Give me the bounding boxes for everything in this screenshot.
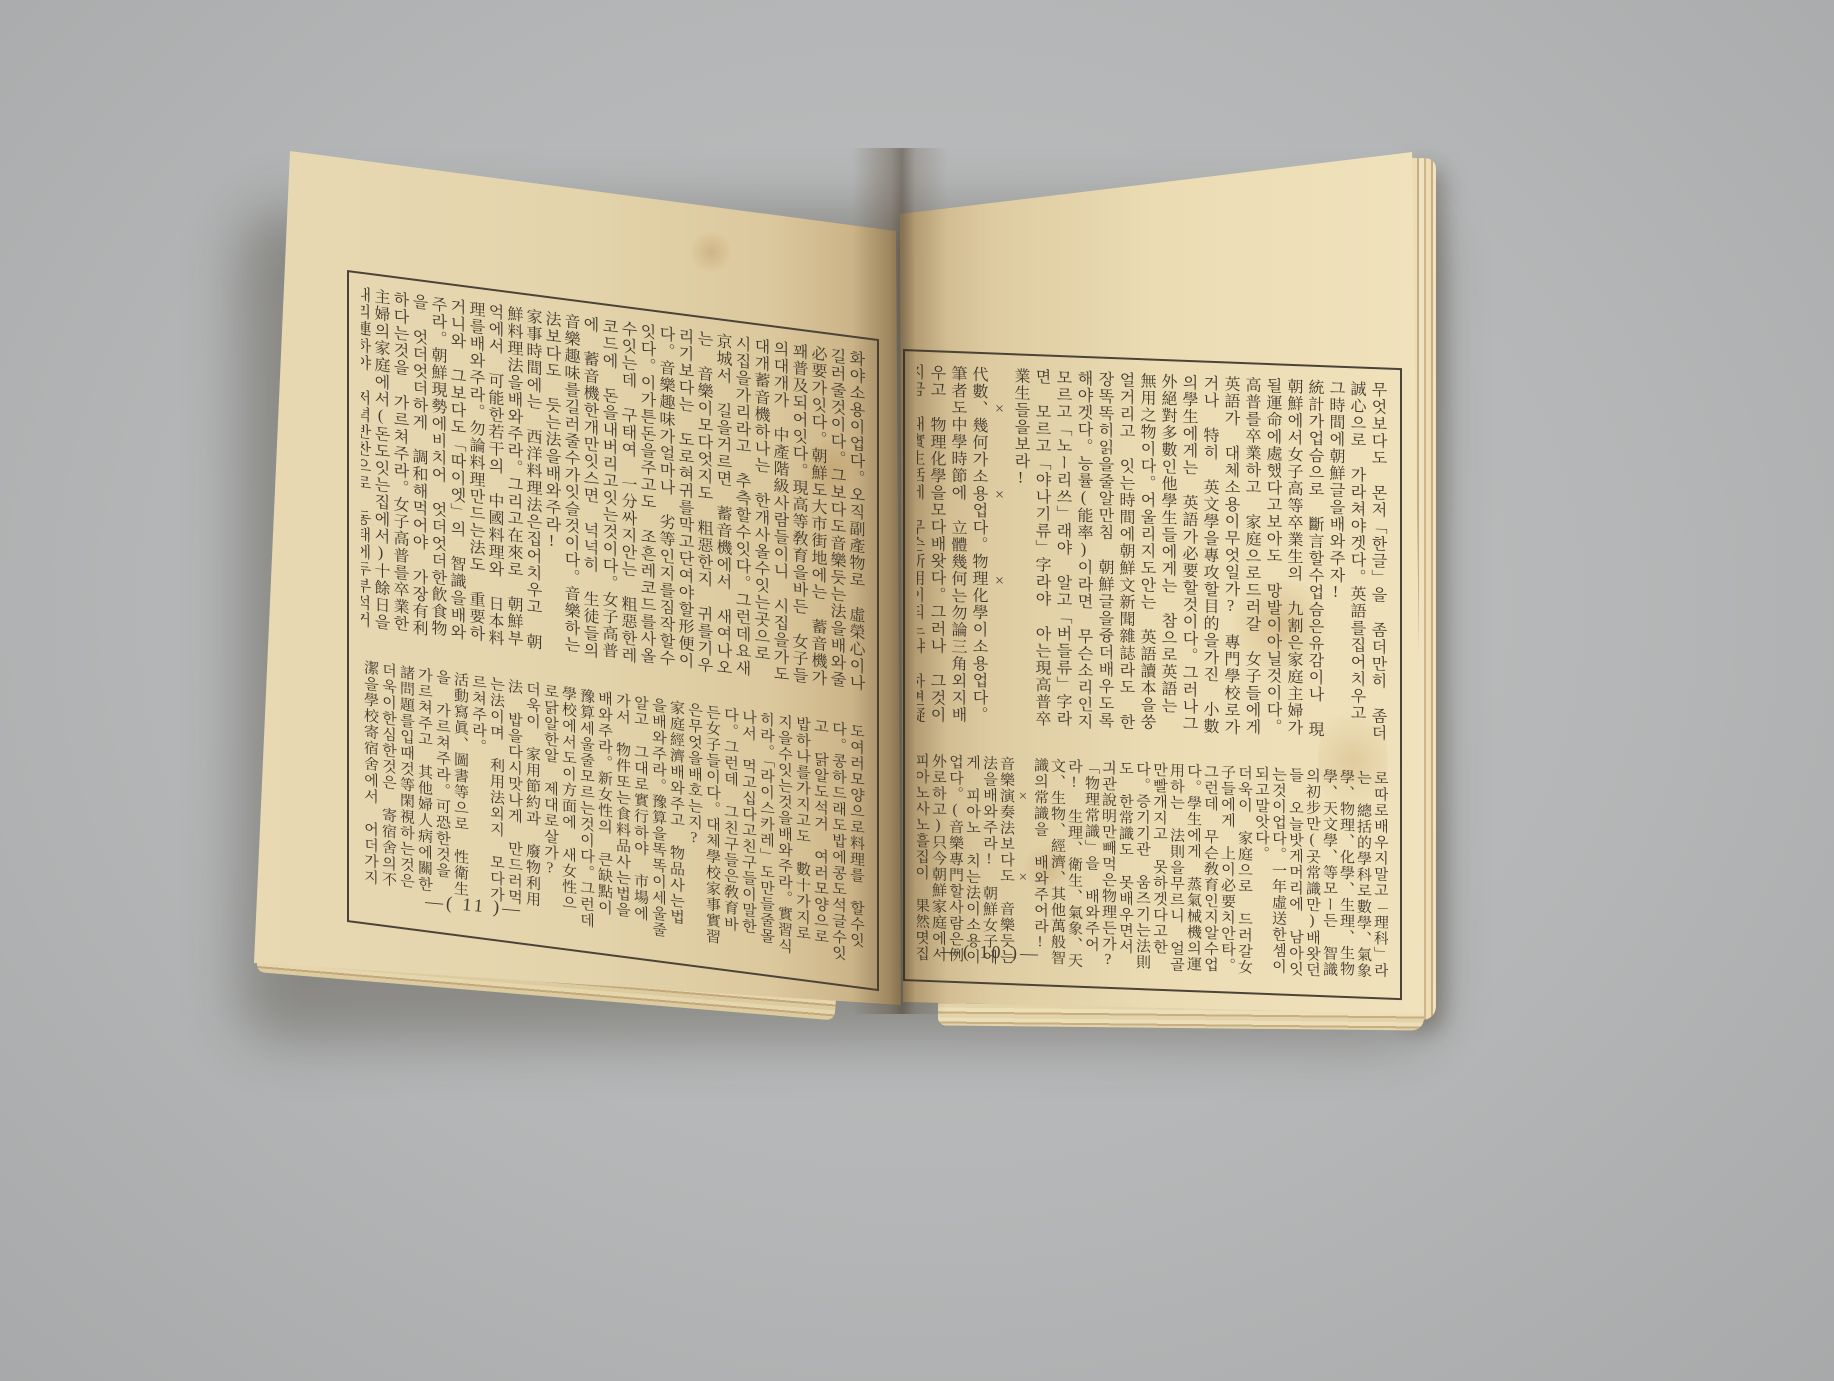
vertical-text-paragraph: 무엇보다도 몬저「한글」을 좀더만히 좀더誠心으로 가라쳐야겟다。英語를집어치우… — [1325, 379, 1388, 753]
vertical-text-paragraph: 家庭經濟배와주고 物品사는법을배와주라。豫算을똑똑이세울줄알고 그대로實行하야 … — [541, 682, 685, 941]
right-page-text-block: 무엇보다도 몬저「한글」을 좀더만히 좀더誠心으로 가라쳐야겟다。英語를집어치우… — [903, 349, 1402, 1000]
left-page-top-band: 화야소용이업다。오직副產物로 虛榮心이나 길러줄것이다。그보다도音樂듯는法을배와… — [361, 286, 865, 707]
vertical-text-paragraph: 더욱이 家庭으로 드러갈女子들에게 上이必要치안타。그런데 무슨敎育인지알수업다… — [1031, 757, 1252, 977]
vertical-text-paragraph: 統計가업슴으로 斷言할수업슴은유감이나 現朝鮮에서女子高等卒業生의 九割은家庭主… — [1010, 367, 1325, 751]
vertical-text-paragraph: 더욱이 家用節約과 廢物利用法 밥을다시맛나게 만드러먹는法이며 利用法외지 모… — [469, 673, 541, 922]
vertical-text-paragraph: 家事時間에는 西洋料理法은집어치우고 朝鮮料理法을배와주라。그리고在來로 朝鮮부… — [361, 286, 542, 666]
vertical-text-paragraph: 音樂演奏法보다도 音樂듯는法을배와주라! 朝鮮女子에게 피아노 치는法이소용이업… — [917, 753, 1014, 969]
photo-stage: 화야소용이업다。오직副產物로 虛榮心이나 길러줄것이다。그보다도音樂듯는法을배와… — [0, 0, 1834, 1381]
vertical-text-paragraph: 代數、幾何가소용업다。物理化學이소용업다。筆者도中學時節에 立體幾何는勿論三角외… — [917, 364, 989, 739]
right-page-top-band: 무엇보다도 몬저「한글」을 좀더만히 좀더誠心으로 가라쳐야겟다。英語를집어치우… — [917, 364, 1388, 754]
vertical-text-paragraph: 로따로배우지말고「理科」라는 總括的學科로數學、氣象學、物理、化學、生理、生物學… — [1252, 765, 1388, 982]
vertical-text-paragraph: 活動寫眞、圖書等으로 性衛生을 가르쳐주라。可恐한것을 가르쳐주고 其他婦人病에… — [361, 659, 469, 913]
section-separator: × × × — [989, 366, 1010, 739]
right-page-number: —( 10 )— — [942, 941, 1042, 965]
section-separator: × × — [1014, 756, 1031, 969]
vertical-text-paragraph: 화야소용이업다。오직副產物로 虛榮心이나 길러줄것이다。그보다도音樂듯는法을배와… — [542, 309, 865, 707]
left-page-text-block: 화야소용이업다。오직副產物로 虛榮心이나 길러줄것이다。그보다도音樂듯는法을배와… — [347, 270, 879, 991]
left-page-bottom-band: 도여러모양으로料理를 할수잇다。콩하드래도밥에콩도석글수잇고 닭알도석거 여러모… — [361, 659, 865, 964]
vertical-text-paragraph: 도여러모양으로料理를 할수잇다。콩하드래도밥에콩도석글수잇고 닭알도석거 여러모… — [685, 701, 865, 964]
